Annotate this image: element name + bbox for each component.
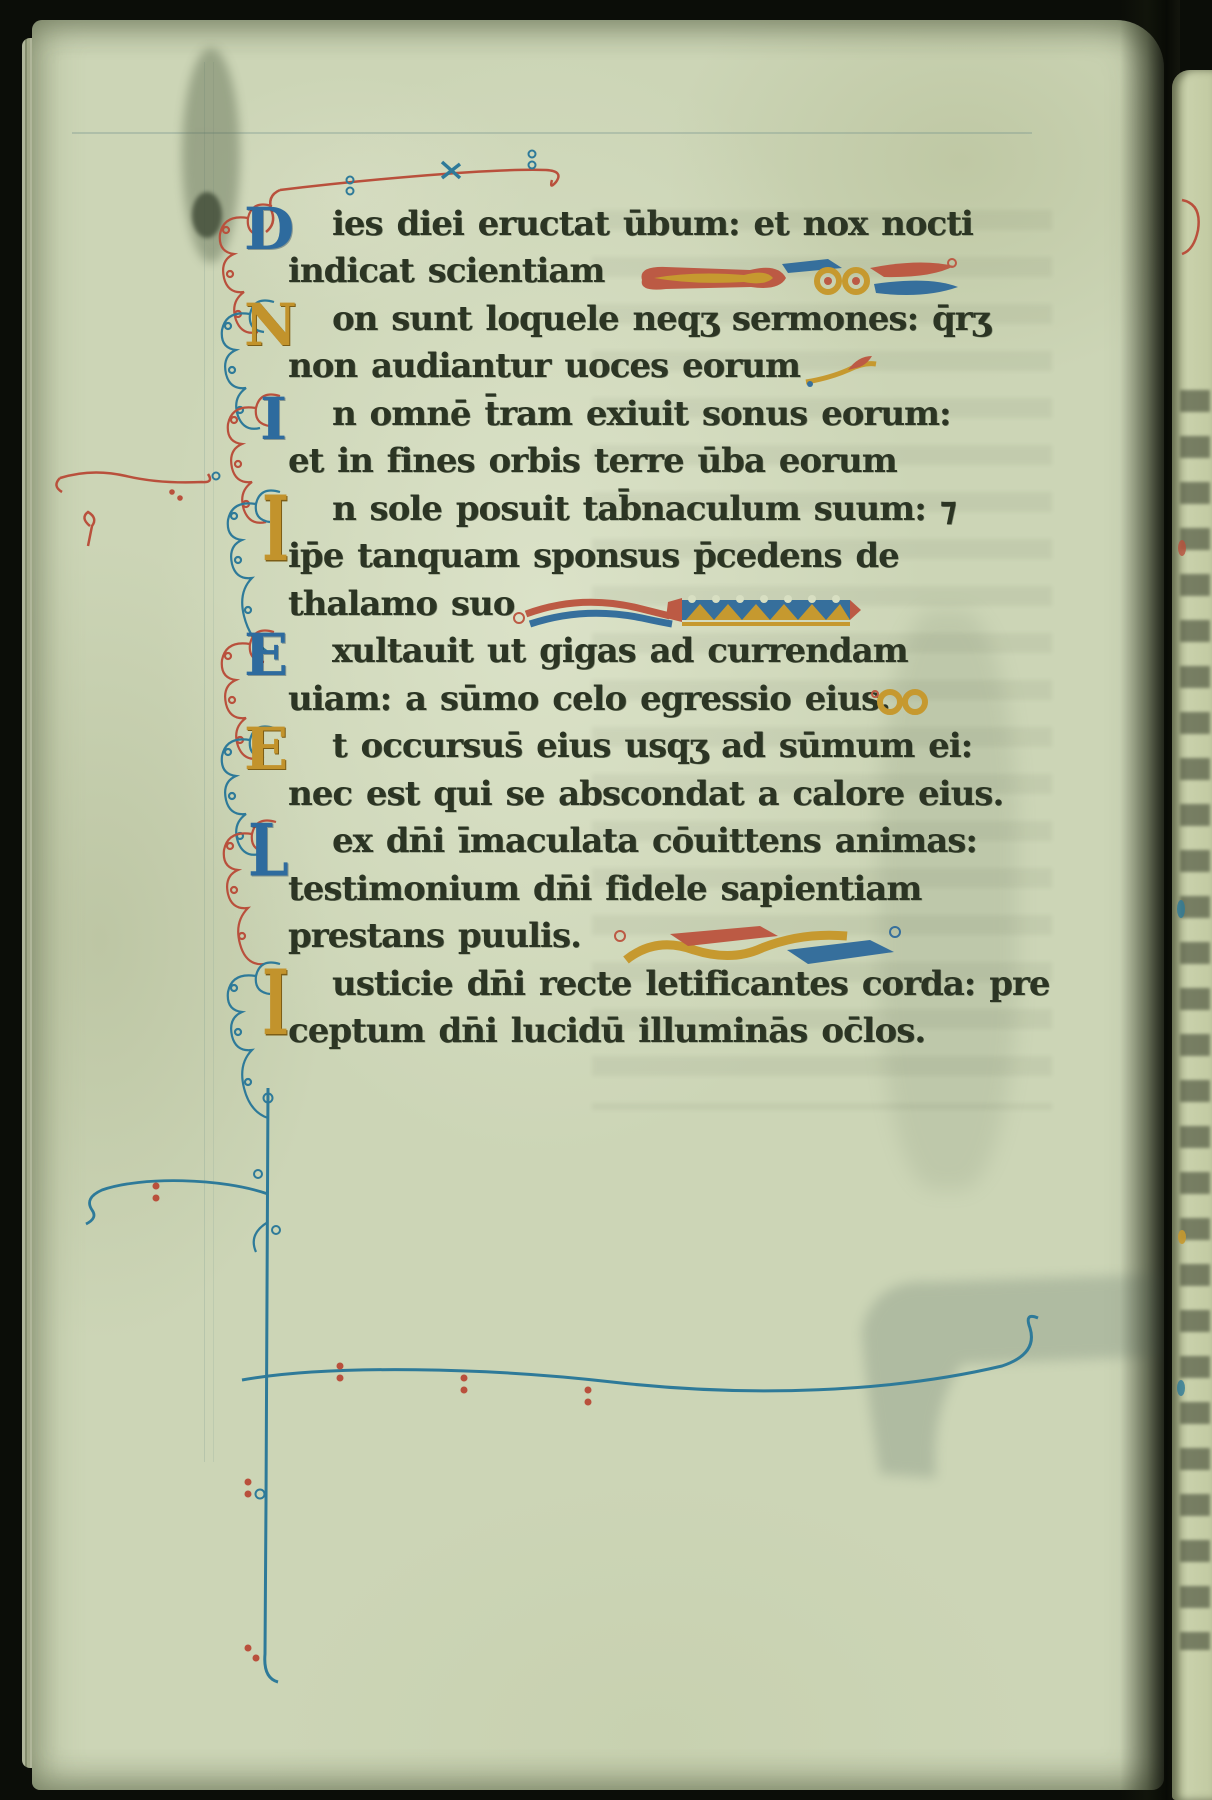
psalm-line: et in fines orbis terre ūba eorum [288,441,897,481]
psalm-line: ex dn̄i īmaculata cōuittens animas: [332,821,977,861]
versal-initial: I [260,390,287,448]
bottom-blue-penwork-flourish [72,1082,1092,1726]
versal-initial: D [244,200,294,258]
versal-initial: L [248,814,289,887]
facing-page-gold-mark [1178,1230,1186,1244]
facing-page-red-mark [1178,540,1186,556]
versal-initial: E [244,720,288,778]
gold-ribbon-filler-icon [612,920,902,976]
psalm-line: ies diei eructat ūbum: et nox nocti [332,204,973,244]
manuscript-photo: D N I I [0,0,1212,1800]
versal-initial: I [262,958,289,1048]
psalm-line: thalamo suo [288,584,514,624]
psalm-line: n omnē t̄ram exiuit sonus eorum: [332,394,951,434]
facing-page-text-fragment [1180,390,1210,1650]
psalm-line: indicat scientiam [288,251,604,291]
psalm-line: t occursus̄ eius usqʒ ad sūmum ei: [332,726,972,766]
manuscript-page: D N I I [32,20,1164,1790]
psalm-line: prestans puulis. [288,916,581,956]
facing-page-blue-mark [1177,900,1185,918]
gold-club-and-rings-filler-icon [632,256,962,306]
psalm-line: uiam: a sūmo celo egressio eius. [288,679,890,719]
psalm-line: non audiantur uoces eorum [288,346,800,386]
psalm-line: testimonium dn̄i fidele sapientiam [288,869,921,909]
versal-initial: N [244,296,297,354]
psalm-line: ip̄e tanquam sponsus p̄cedens de [288,536,899,576]
psalm-line: ceptum dn̄i lucidū illuminās oc̄los. [288,1011,925,1051]
gutter-shadow [1120,0,1180,1800]
facing-page-red-curl [1174,190,1210,310]
versal-initial: I [262,484,289,574]
scroll-and-gold-zigzag-bar-filler-icon [510,588,862,638]
psalm-line: n sole posuit tab̄naculum suum: ⁊ [332,489,956,529]
psalm-line: nec est qui se abscondat a calore eius. [288,774,1003,814]
versal-initial: E [244,626,288,684]
gold-sprig-filler-icon [800,352,882,396]
facing-page-edge [1172,70,1212,1800]
left-red-penwork-squiggle [50,426,235,570]
gold-double-ring-filler-icon [870,686,934,722]
facing-page-blue-mark [1177,1380,1185,1396]
